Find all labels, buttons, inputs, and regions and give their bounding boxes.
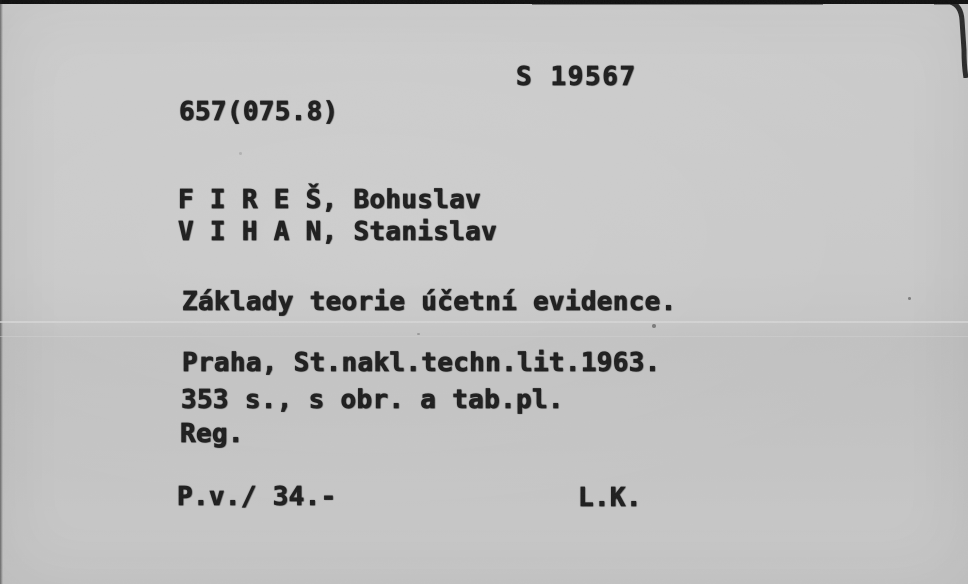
- book-title: Základy teorie účetní evidence.: [182, 286, 677, 318]
- scan-left-edge: [0, 0, 3, 584]
- library-catalog-card-scan: S 19567 657(075.8) F I R E Š, BohuslavV …: [0, 0, 968, 584]
- price-code: P.v./ 34.-: [177, 481, 337, 513]
- classification-number: 657(075.8): [179, 96, 339, 128]
- paper-crease-line: [0, 336, 968, 337]
- paper-crease-line: [0, 321, 968, 323]
- cataloger-initials: L.K.: [578, 482, 642, 514]
- ink-speck: [908, 297, 911, 300]
- card-top-right-corner-edge: [934, 0, 968, 78]
- note-line: Reg.: [180, 418, 244, 450]
- ink-speck: [239, 152, 242, 155]
- ink-speck: [417, 333, 420, 335]
- author-line-2: V I H A N, Stanislav: [178, 216, 497, 248]
- author-block: F I R E Š, BohuslavV I H A N, Stanislav: [178, 184, 497, 248]
- ink-speck: [652, 324, 656, 328]
- collation-line: 353 s., s obr. a tab.pl.: [181, 384, 564, 416]
- scan-top-edge: [0, 0, 968, 4]
- imprint-line: Praha, St.nakl.techn.lit.1963.: [182, 347, 661, 379]
- accession-number: S 19567: [516, 61, 637, 93]
- author-line-1: F I R E Š, Bohuslav: [178, 184, 497, 216]
